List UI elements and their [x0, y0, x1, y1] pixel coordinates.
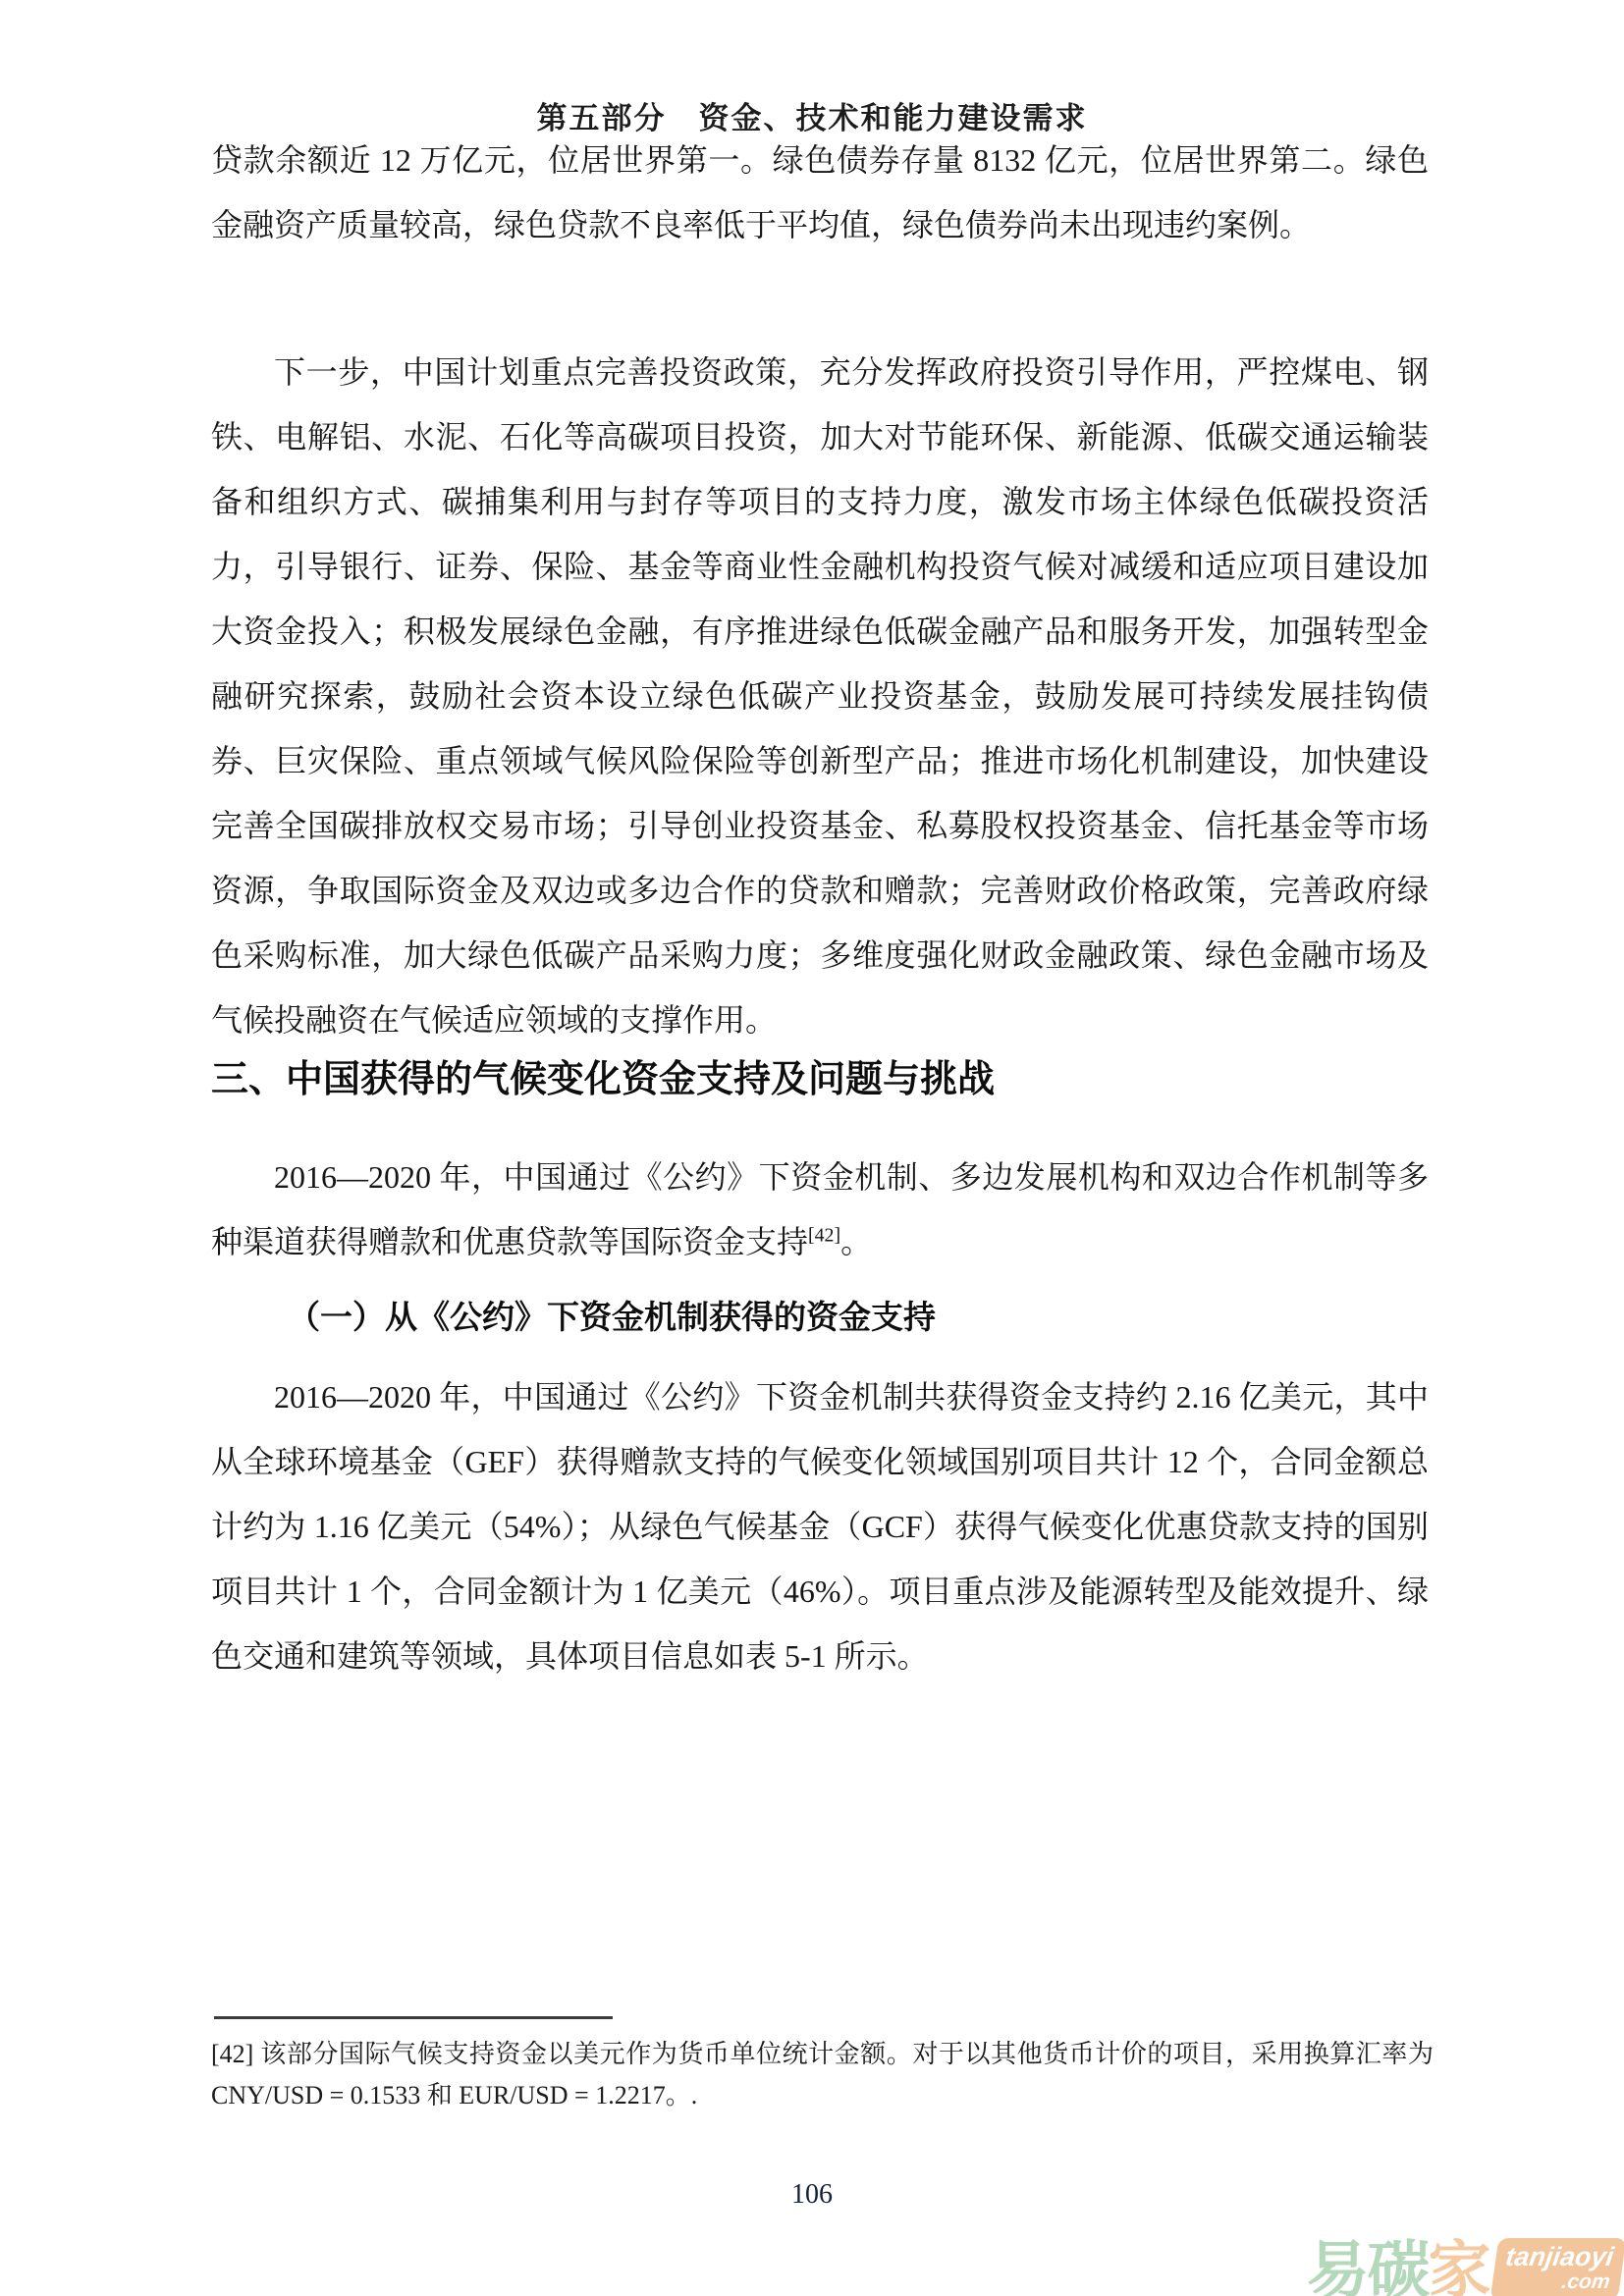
paragraph-gef-gcf: 2016—2020 年，中国通过《公约》下资金机制共获得资金支持约 2.16 亿…	[211, 1364, 1429, 1688]
section-heading: 三、中国获得的气候变化资金支持及问题与挑战	[211, 1056, 1429, 1103]
paragraph-green-finance: 贷款余额近 12 万亿元，位居世界第一。绿色债券存量 8132 亿元，位居世界第…	[211, 128, 1429, 257]
watermark-badge: tanjiaoyi .com	[1490, 2238, 1624, 2296]
footnote-42: [42] 该部分国际气候支持资金以美元作为货币单位统计金额。对于以其他货币计价的…	[211, 2034, 1434, 2116]
watermark-badge-domain: .com	[1561, 2271, 1612, 2292]
footnote-reference-42: [42]	[808, 1224, 840, 1246]
paragraph-funding-period: 。	[840, 1224, 872, 1259]
footnote-divider	[214, 2016, 613, 2019]
watermark-orange-character: 家	[1428, 2239, 1490, 2296]
page-number: 106	[0, 2179, 1624, 2211]
watermark-badge-name: tanjiaoyi	[1504, 2244, 1615, 2270]
paragraph-funding-channels: 2016—2020 年，中国通过《公约》下资金机制、多边发展机构和双边合作机制等…	[211, 1145, 1429, 1274]
watermark-logo: 易碳 家 tanjiaoyi .com	[1306, 2238, 1622, 2296]
sub-heading: （一）从《公约》下资金机制获得的资金支持	[211, 1296, 1429, 1339]
paragraph-next-steps: 下一步，中国计划重点完善投资政策，充分发挥政府投资引导作用，严控煤电、钢铁、电解…	[211, 340, 1429, 1052]
document-page: 第五部分 资金、技术和能力建设需求 贷款余额近 12 万亿元，位居世界第一。绿色…	[0, 0, 1624, 2296]
watermark-green-characters: 易碳	[1306, 2239, 1428, 2296]
